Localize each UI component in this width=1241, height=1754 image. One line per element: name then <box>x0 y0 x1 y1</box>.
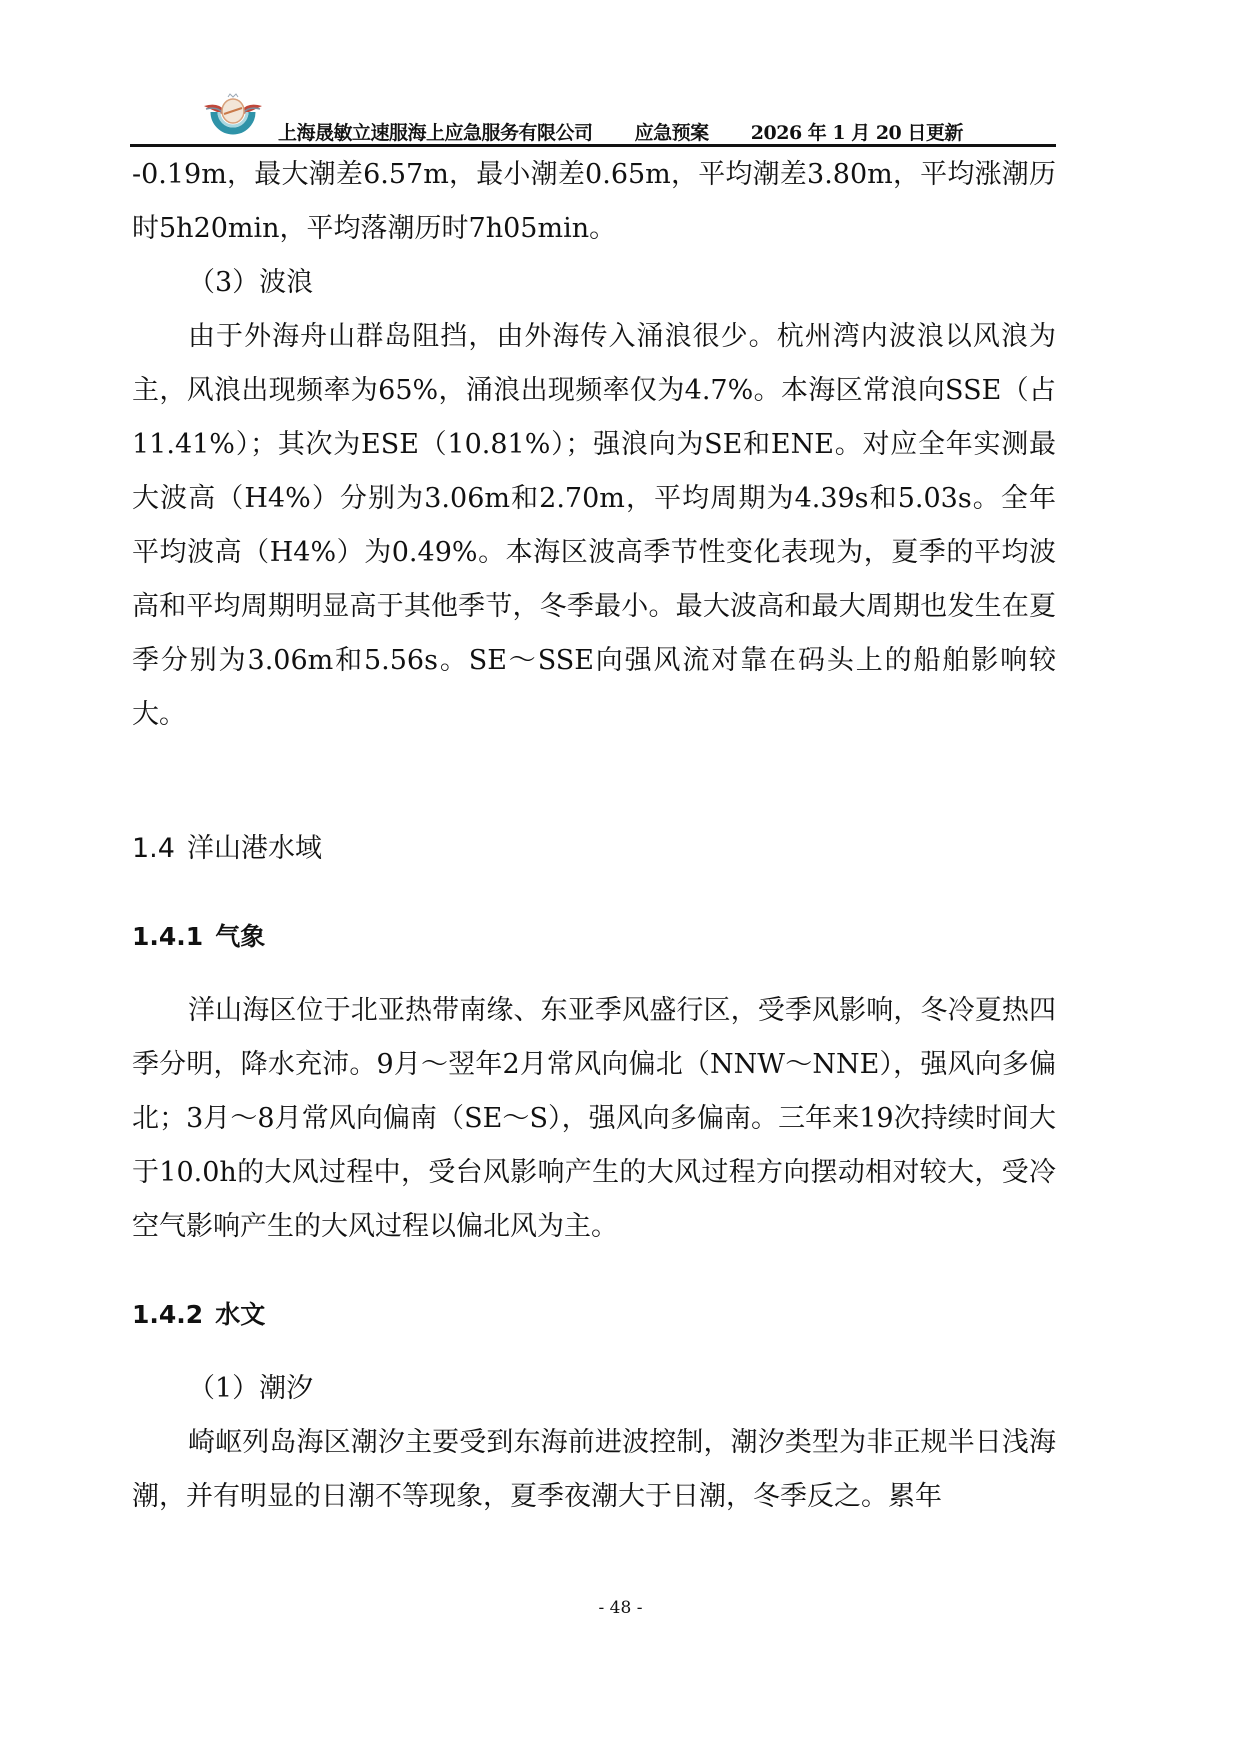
section-heading-1-4-2: 1.4.2水文 <box>132 1288 1056 1342</box>
section-title: 气象 <box>215 922 265 951</box>
document-type: 应急预案 <box>635 122 709 144</box>
tide-paragraph-continued: -0.19m，最大潮差6.57m，最小潮差0.65m，平均潮差3.80m，平均涨… <box>132 148 1056 256</box>
section-number: 1.4.2 <box>132 1300 203 1329</box>
section-heading-1-4-1: 1.4.1气象 <box>132 910 1056 964</box>
page-header: 上海晟敏立速服海上应急服务有限公司 应急预案 2026 年 1 月 20 日更新 <box>130 92 1056 148</box>
section-title: 水文 <box>215 1300 265 1329</box>
weather-paragraph: 洋山海区位于北亚热带南缘、东亚季风盛行区，受季风影响，冬冷夏热四季分明，降水充沛… <box>132 984 1056 1254</box>
spacer <box>132 742 1056 822</box>
waves-paragraph: 由于外海舟山群岛阻挡，由外海传入涌浪很少。杭州湾内波浪以风浪为主，风浪出现频率为… <box>132 310 1056 742</box>
update-date: 2026 年 1 月 20 日更新 <box>751 122 963 144</box>
document-page: 上海晟敏立速服海上应急服务有限公司 应急预案 2026 年 1 月 20 日更新… <box>0 0 1241 1754</box>
section-number: 1.4.1 <box>132 922 203 951</box>
tide-paragraph: 崎岖列岛海区潮汐主要受到东海前进波控制，潮汐类型为非正规半日浅海潮，并有明显的日… <box>132 1416 1056 1524</box>
page-number: - 48 - <box>0 1598 1241 1618</box>
company-name: 上海晟敏立速服海上应急服务有限公司 <box>278 122 593 144</box>
section-number: 1.4 <box>132 833 175 864</box>
waves-subheading: （3）波浪 <box>132 256 1056 310</box>
section-title: 洋山港水域 <box>187 833 322 864</box>
spacer <box>132 1254 1056 1288</box>
tide-subheading: （1）潮汐 <box>132 1362 1056 1416</box>
company-emblem-icon <box>202 92 264 144</box>
document-body: -0.19m，最大潮差6.57m，最小潮差0.65m，平均潮差3.80m，平均涨… <box>132 148 1056 1524</box>
section-heading-1-4: 1.4洋山港水域 <box>132 822 1056 876</box>
spacer <box>132 1342 1056 1362</box>
header-title: 上海晟敏立速服海上应急服务有限公司 应急预案 2026 年 1 月 20 日更新 <box>278 118 999 145</box>
header-divider <box>130 144 1056 147</box>
spacer <box>132 876 1056 910</box>
spacer <box>132 964 1056 984</box>
